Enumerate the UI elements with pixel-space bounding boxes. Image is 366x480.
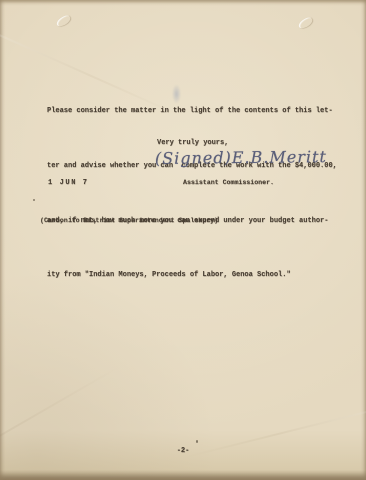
paper-speck <box>196 440 198 443</box>
body-line: Please consider the matter in the light … <box>47 102 337 120</box>
signature-stamp: (Signed)E.B.Meritt <box>155 147 327 168</box>
page-number: -2- <box>0 447 366 455</box>
scanned-letter-page: Please consider the matter in the light … <box>0 0 366 480</box>
body-line: ity from "Indian Moneys, Proceeds of Lab… <box>47 266 337 284</box>
letter-body: Please consider the matter in the light … <box>47 66 337 321</box>
paper-speck <box>33 199 35 201</box>
closing-line: Very truly yours, <box>157 139 228 147</box>
date-stamp: 1 JUN 7 <box>48 179 89 187</box>
signature-title: Assistant Commissioner. <box>183 179 274 186</box>
carbon-note: (Carbon to District Superintendent Spals… <box>40 217 218 224</box>
